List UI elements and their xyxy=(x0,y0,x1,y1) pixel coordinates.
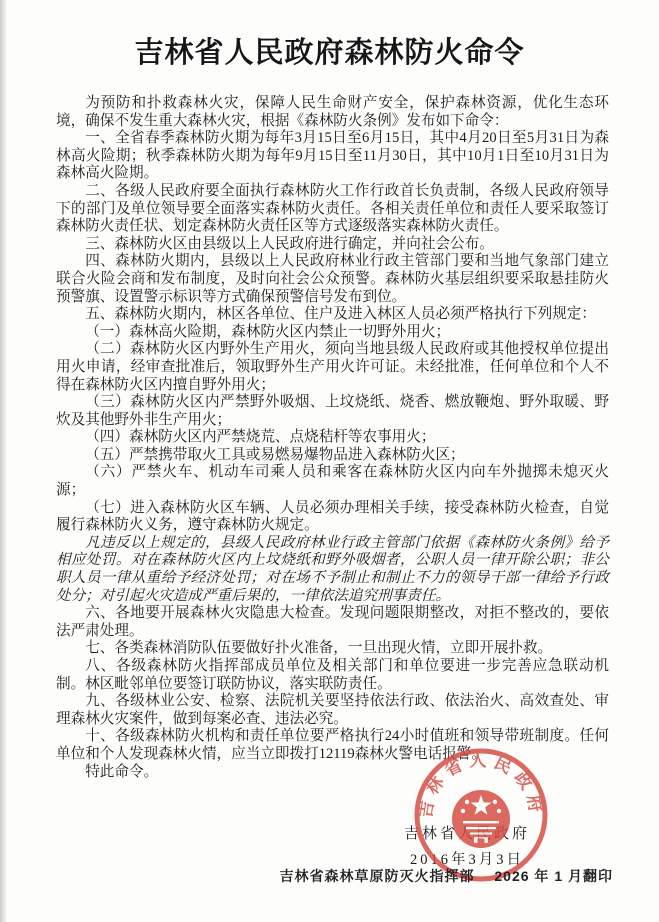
document-body: 为预防和扑救森林火灾，保障人民生命财产安全，保护森林资源，优化生态环境，确保不发… xyxy=(0,95,659,781)
paragraph-item-2: （二）森林防火区内野外生产用火，须向当地县级人民政府或其他授权单位提出用火申请，… xyxy=(56,341,609,394)
paragraph-clause-6: 六、各地要开展森林火灾隐患大检查。发现问题限期整改，对拒不整改的，要依法严肃处理… xyxy=(56,605,609,640)
paragraph-clause-8: 八、各级森林防火指挥部成员单位及相关部门和单位要进一步完善应急联动机制。林区毗邻… xyxy=(56,658,609,693)
paragraph-item-3: （三）森林防火区内严禁野外吸烟、上坟烧纸、烧香、燃放鞭炮、野外取暖、野炊及其他野… xyxy=(56,394,609,429)
signature-issuer: 吉林省人民政府 xyxy=(367,822,567,843)
paragraph-item-1: （一）森林高火险期，森林防火区内禁止一切野外用火； xyxy=(56,324,609,342)
paragraph-item-7: （七）进入森林防火区车辆、人员必须办理相关手续，接受森林防火检查，自觉履行森林防… xyxy=(56,500,609,535)
paragraph-item-4: （四）森林防火区内严禁烧荒、点烧秸杆等农事用火； xyxy=(56,429,609,447)
paragraph-clause-1: 一、全省春季森林防火期为每年3月15日至6月15日，其中4月20日至5月31日为… xyxy=(56,130,609,183)
document-page: 吉林省人民政府森林防火命令 为预防和扑救森林火灾，保障人民生命财产安全，保护森林… xyxy=(0,0,659,922)
signature-block: 吉林省人民政府 2016年3月3日 xyxy=(367,822,567,869)
scan-edge-artifact xyxy=(0,0,7,922)
paragraph-clause-5: 五、森林防火期内，林区各单位、住户及进入林区人员必须严格执行下列规定： xyxy=(56,306,609,324)
document-title: 吉林省人民政府森林防火命令 xyxy=(0,30,659,71)
paragraph-item-6: （六）严禁火车、机动车司乘人员和乘客在森林防火区内向车外抛掷未熄灭火源； xyxy=(56,464,609,499)
paragraph-clause-9: 九、各级林业公安、检察、法院机关要坚持依法行政、依法治火、高效查处、审理森林火灾… xyxy=(56,693,609,728)
paragraph-closing: 特此命令。 xyxy=(56,764,609,782)
paragraph-item-5: （五）严禁携带取火工具或易燃易爆物品进入森林防火区； xyxy=(56,447,609,465)
paragraph-intro: 为预防和扑救森林火灾，保障人民生命财产安全，保护森林资源，优化生态环境，确保不发… xyxy=(56,95,609,130)
paragraph-clause-4: 四、森林防火期内，县级以上人民政府林业行政主管部门要和当地气象部门建立联合火险会… xyxy=(56,253,609,306)
reprint-footer: 吉林省森林草原防灭火指挥部 2026 年 1 月翻印 xyxy=(280,866,614,886)
paragraph-clause-3: 三、森林防火区由县级以上人民政府进行确定，并向社会公布。 xyxy=(56,236,609,254)
paragraph-clause-7: 七、各类森林消防队伍要做好扑火准备，一旦出现火情，立即开展扑救。 xyxy=(56,640,609,658)
paragraph-clause-10: 十、各级森林防火机构和责任单位要严格执行24小时值班和领导带班制度。任何单位和个… xyxy=(56,728,609,763)
paragraph-penalty: 凡违反以上规定的，县级人民政府林业行政主管部门依据《森林防火条例》给予相应处罚。… xyxy=(56,535,609,605)
paragraph-clause-2: 二、各级人民政府要全面执行森林防火工作行政首长负责制，各级人民政府领导下的部门及… xyxy=(56,183,609,236)
